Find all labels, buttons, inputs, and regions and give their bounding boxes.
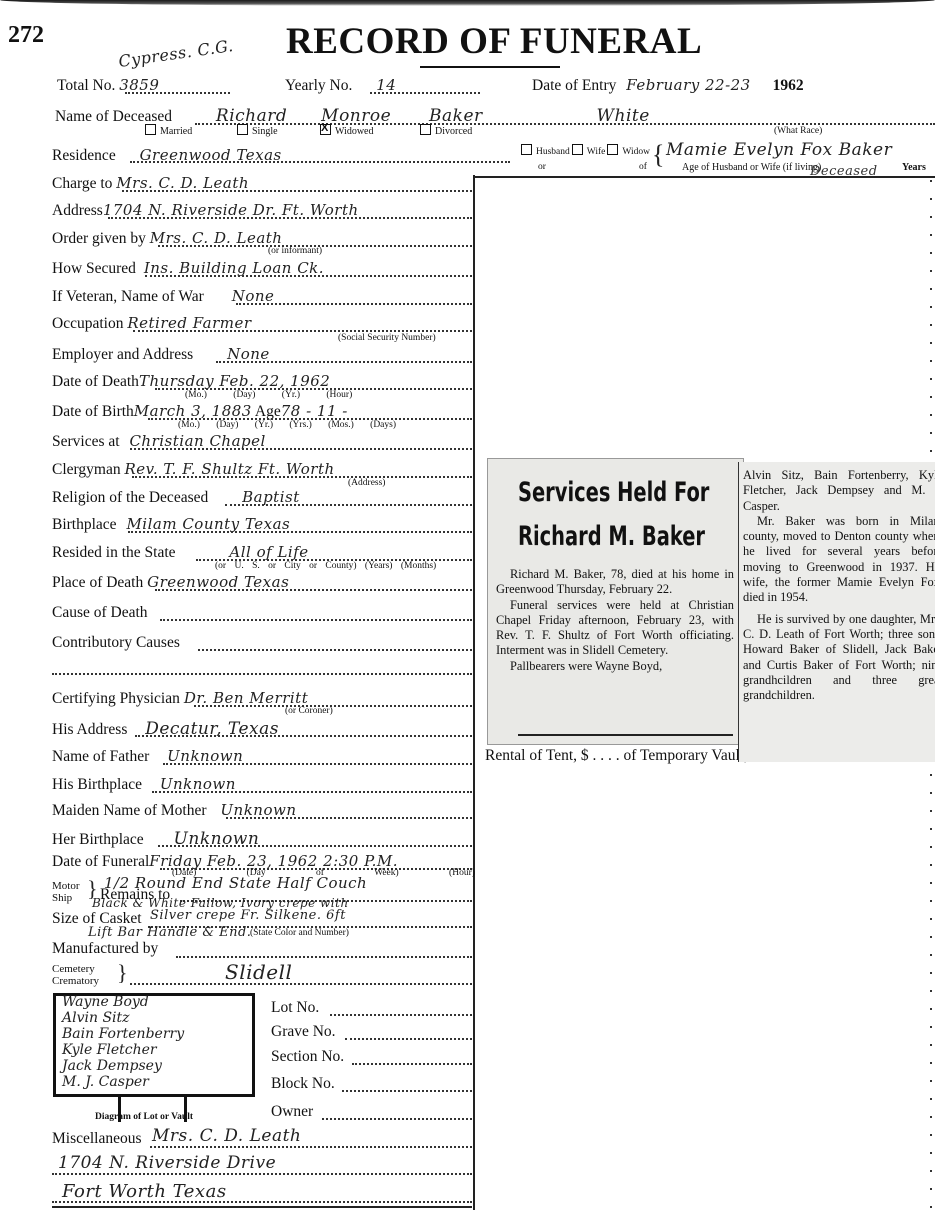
scan-shadow bbox=[0, 0, 935, 6]
checkbox-single[interactable] bbox=[237, 124, 248, 135]
date-of-entry-value[interactable]: February 22-23 bbox=[626, 76, 751, 94]
clipping-paragraph: Richard M. Baker, 78, died at his home i… bbox=[496, 567, 734, 598]
dotted-line bbox=[195, 123, 935, 125]
headline-line1: Services Held For bbox=[518, 471, 709, 515]
right-panel-top-border bbox=[473, 176, 935, 178]
miscellaneous-line1[interactable]: Mrs. C. D. Leath bbox=[152, 1126, 301, 1146]
clipping-rule bbox=[518, 734, 733, 736]
pallbearer-name: Jack Dempsey bbox=[62, 1058, 162, 1074]
casket-value-line2[interactable]: Silver crepe Fr. Silkene. 6ft bbox=[150, 908, 346, 923]
clipping-paragraph: Mr. Baker was born in Milam county, move… bbox=[743, 514, 935, 606]
checkbox-widowed[interactable] bbox=[320, 124, 331, 135]
dotted-line bbox=[122, 190, 472, 192]
field-contributory: Contributory Causes bbox=[52, 633, 180, 652]
resided-caption: (or U. S. or City or County) (Years) (Mo… bbox=[215, 561, 436, 571]
spouse-name[interactable]: Mamie Evelyn Fox Baker bbox=[666, 140, 892, 160]
newspaper-clipping-col1: Services Held For Richard M. Baker Richa… bbox=[487, 458, 744, 745]
informant-caption: (or informant) bbox=[268, 246, 322, 256]
dotted-line bbox=[125, 92, 230, 94]
deceased-name-label: Name of Deceased bbox=[55, 108, 172, 125]
miscellaneous-line2[interactable]: 1704 N. Riverside Drive bbox=[58, 1153, 276, 1173]
dotted-line bbox=[128, 531, 472, 533]
checkbox-widow[interactable] bbox=[607, 144, 618, 155]
dotted-line bbox=[133, 330, 472, 332]
dotted-line bbox=[322, 1118, 472, 1120]
marital-single[interactable]: Single bbox=[237, 124, 278, 137]
dotted-line bbox=[132, 476, 472, 478]
cemetery-value[interactable]: Slidell bbox=[225, 960, 292, 984]
brace: { bbox=[652, 140, 664, 170]
dotted-line bbox=[135, 735, 472, 737]
clipping-paragraph: Pallbearers were Wayne Boyd, bbox=[496, 659, 734, 674]
dotted-line bbox=[130, 161, 510, 163]
clipping-paragraph: Funeral services were held at Christian … bbox=[496, 598, 734, 659]
dotted-line bbox=[176, 956, 472, 958]
dotted-line bbox=[352, 1063, 472, 1065]
title-underline bbox=[420, 66, 560, 68]
spouse-or-label: or bbox=[538, 162, 546, 172]
dotted-line bbox=[52, 673, 472, 675]
spouse-of-label: of bbox=[639, 162, 647, 172]
dotted-line bbox=[216, 361, 472, 363]
page-number: 272 bbox=[8, 22, 44, 49]
lot-no-label: Lot No. bbox=[271, 999, 319, 1017]
dotted-line bbox=[370, 92, 480, 94]
pallbearer-name: Alvin Sitz bbox=[62, 1010, 130, 1026]
coroner-caption: (or Coroner) bbox=[285, 706, 333, 716]
clipping-paragraph: Alvin Sitz, Bain Fortenberry, Kyle Fletc… bbox=[743, 468, 935, 514]
owner-label: Owner bbox=[271, 1103, 313, 1121]
ssn-caption: (Social Security Number) bbox=[338, 333, 436, 343]
marital-widowed[interactable]: Widowed bbox=[320, 124, 373, 137]
checkbox-wife[interactable] bbox=[572, 144, 583, 155]
lot-diagram-box: Wayne Boyd Alvin Sitz Bain Fortenberry K… bbox=[53, 993, 255, 1097]
dotted-line bbox=[52, 1173, 472, 1175]
dotted-line bbox=[225, 504, 472, 506]
marital-divorced[interactable]: Divorced bbox=[420, 124, 472, 137]
date-of-entry-field: Date of Entry February 22-23 1962 bbox=[532, 76, 804, 95]
section-no-label: Section No. bbox=[271, 1048, 344, 1066]
dotted-line bbox=[226, 817, 472, 819]
total-no-label: Total No. bbox=[57, 77, 115, 94]
brace: } bbox=[117, 960, 128, 986]
clipping-body-col2: Alvin Sitz, Bain Fortenberry, Kyle Fletc… bbox=[743, 468, 935, 703]
dotted-line bbox=[345, 1038, 472, 1040]
marital-married[interactable]: Married bbox=[145, 124, 192, 137]
column-divider bbox=[473, 175, 475, 1210]
dotted-line bbox=[194, 705, 472, 707]
clipping-paragraph: He is survived by one daughter, Mrs. C. … bbox=[743, 612, 935, 704]
dotted-line bbox=[155, 589, 472, 591]
race-caption: (What Race) bbox=[774, 126, 822, 136]
headline-line2: Richard M. Baker bbox=[518, 515, 709, 559]
spouse-options: HusbandWifeWidow bbox=[521, 144, 650, 157]
checkbox-married[interactable] bbox=[145, 124, 156, 135]
yearly-no-label: Yearly No. bbox=[285, 77, 352, 94]
cemetery-crematory-label: CemeteryCrematory bbox=[52, 963, 99, 987]
manufactured-by-label: Manufactured by bbox=[52, 940, 158, 958]
dotted-line bbox=[150, 1146, 472, 1148]
field-cause-of-death: Cause of Death bbox=[52, 603, 148, 622]
dotted-line bbox=[108, 217, 472, 219]
dotted-line bbox=[130, 983, 472, 985]
checkbox-divorced[interactable] bbox=[420, 124, 431, 135]
pallbearer-name: Bain Fortenberry bbox=[62, 1026, 184, 1042]
dotted-line bbox=[163, 763, 472, 765]
checkbox-husband[interactable] bbox=[521, 144, 532, 155]
years-label: Years bbox=[902, 162, 926, 173]
dotted-line bbox=[198, 649, 472, 651]
dotted-line bbox=[52, 1201, 472, 1203]
dotted-line bbox=[152, 791, 472, 793]
dotted-line bbox=[330, 1014, 472, 1016]
pallbearer-name: M. J. Casper bbox=[62, 1074, 149, 1090]
block-no-label: Block No. bbox=[271, 1075, 335, 1093]
pallbearer-name: Wayne Boyd bbox=[62, 994, 149, 1010]
dotted-line bbox=[236, 303, 472, 305]
dotted-line bbox=[145, 275, 472, 277]
miscellaneous-label: Miscellaneous bbox=[52, 1130, 142, 1148]
dotted-line bbox=[130, 448, 472, 450]
newspaper-clipping-col2: Alvin Sitz, Bain Fortenberry, Kyle Fletc… bbox=[738, 462, 935, 762]
spouse-age-label: Age of Husband or Wife (if living) bbox=[682, 162, 821, 173]
casket-caption: (State Color and Number) bbox=[250, 928, 349, 938]
date-of-birth-caption: (Mo.) (Day) (Yr.) (Yrs.) (Mos.) (Days) bbox=[178, 420, 396, 430]
dotted-line bbox=[342, 1090, 472, 1092]
clipping-body-col1: Richard M. Baker, 78, died at his home i… bbox=[496, 567, 734, 674]
miscellaneous-line3[interactable]: Fort Worth Texas bbox=[62, 1181, 227, 1202]
dotted-line bbox=[158, 845, 472, 847]
date-of-entry-year[interactable]: 1962 bbox=[773, 77, 804, 94]
grave-no-label: Grave No. bbox=[271, 1023, 336, 1041]
date-of-death-caption: (Mo.) (Day) (Yr.) (Hour) bbox=[185, 390, 352, 400]
clergyman-address-caption: (Address) bbox=[348, 478, 385, 488]
motor-ship-label: MotorShip bbox=[52, 880, 80, 904]
page-title: RECORD OF FUNERAL bbox=[286, 20, 702, 63]
casket-value-line3[interactable]: Lift Bar Handle & End. bbox=[88, 925, 251, 940]
remains-to-value[interactable]: 1/2 Round End State Half Couch bbox=[104, 874, 367, 892]
bottom-rule bbox=[52, 1206, 472, 1208]
diagram-caption: Diagram of Lot or Vault bbox=[95, 1112, 193, 1122]
handwritten-note: Cypress. C.G. bbox=[117, 36, 234, 71]
date-of-entry-label: Date of Entry bbox=[532, 77, 616, 94]
dotted-line bbox=[160, 619, 472, 621]
pallbearer-name: Kyle Fletcher bbox=[62, 1042, 157, 1058]
